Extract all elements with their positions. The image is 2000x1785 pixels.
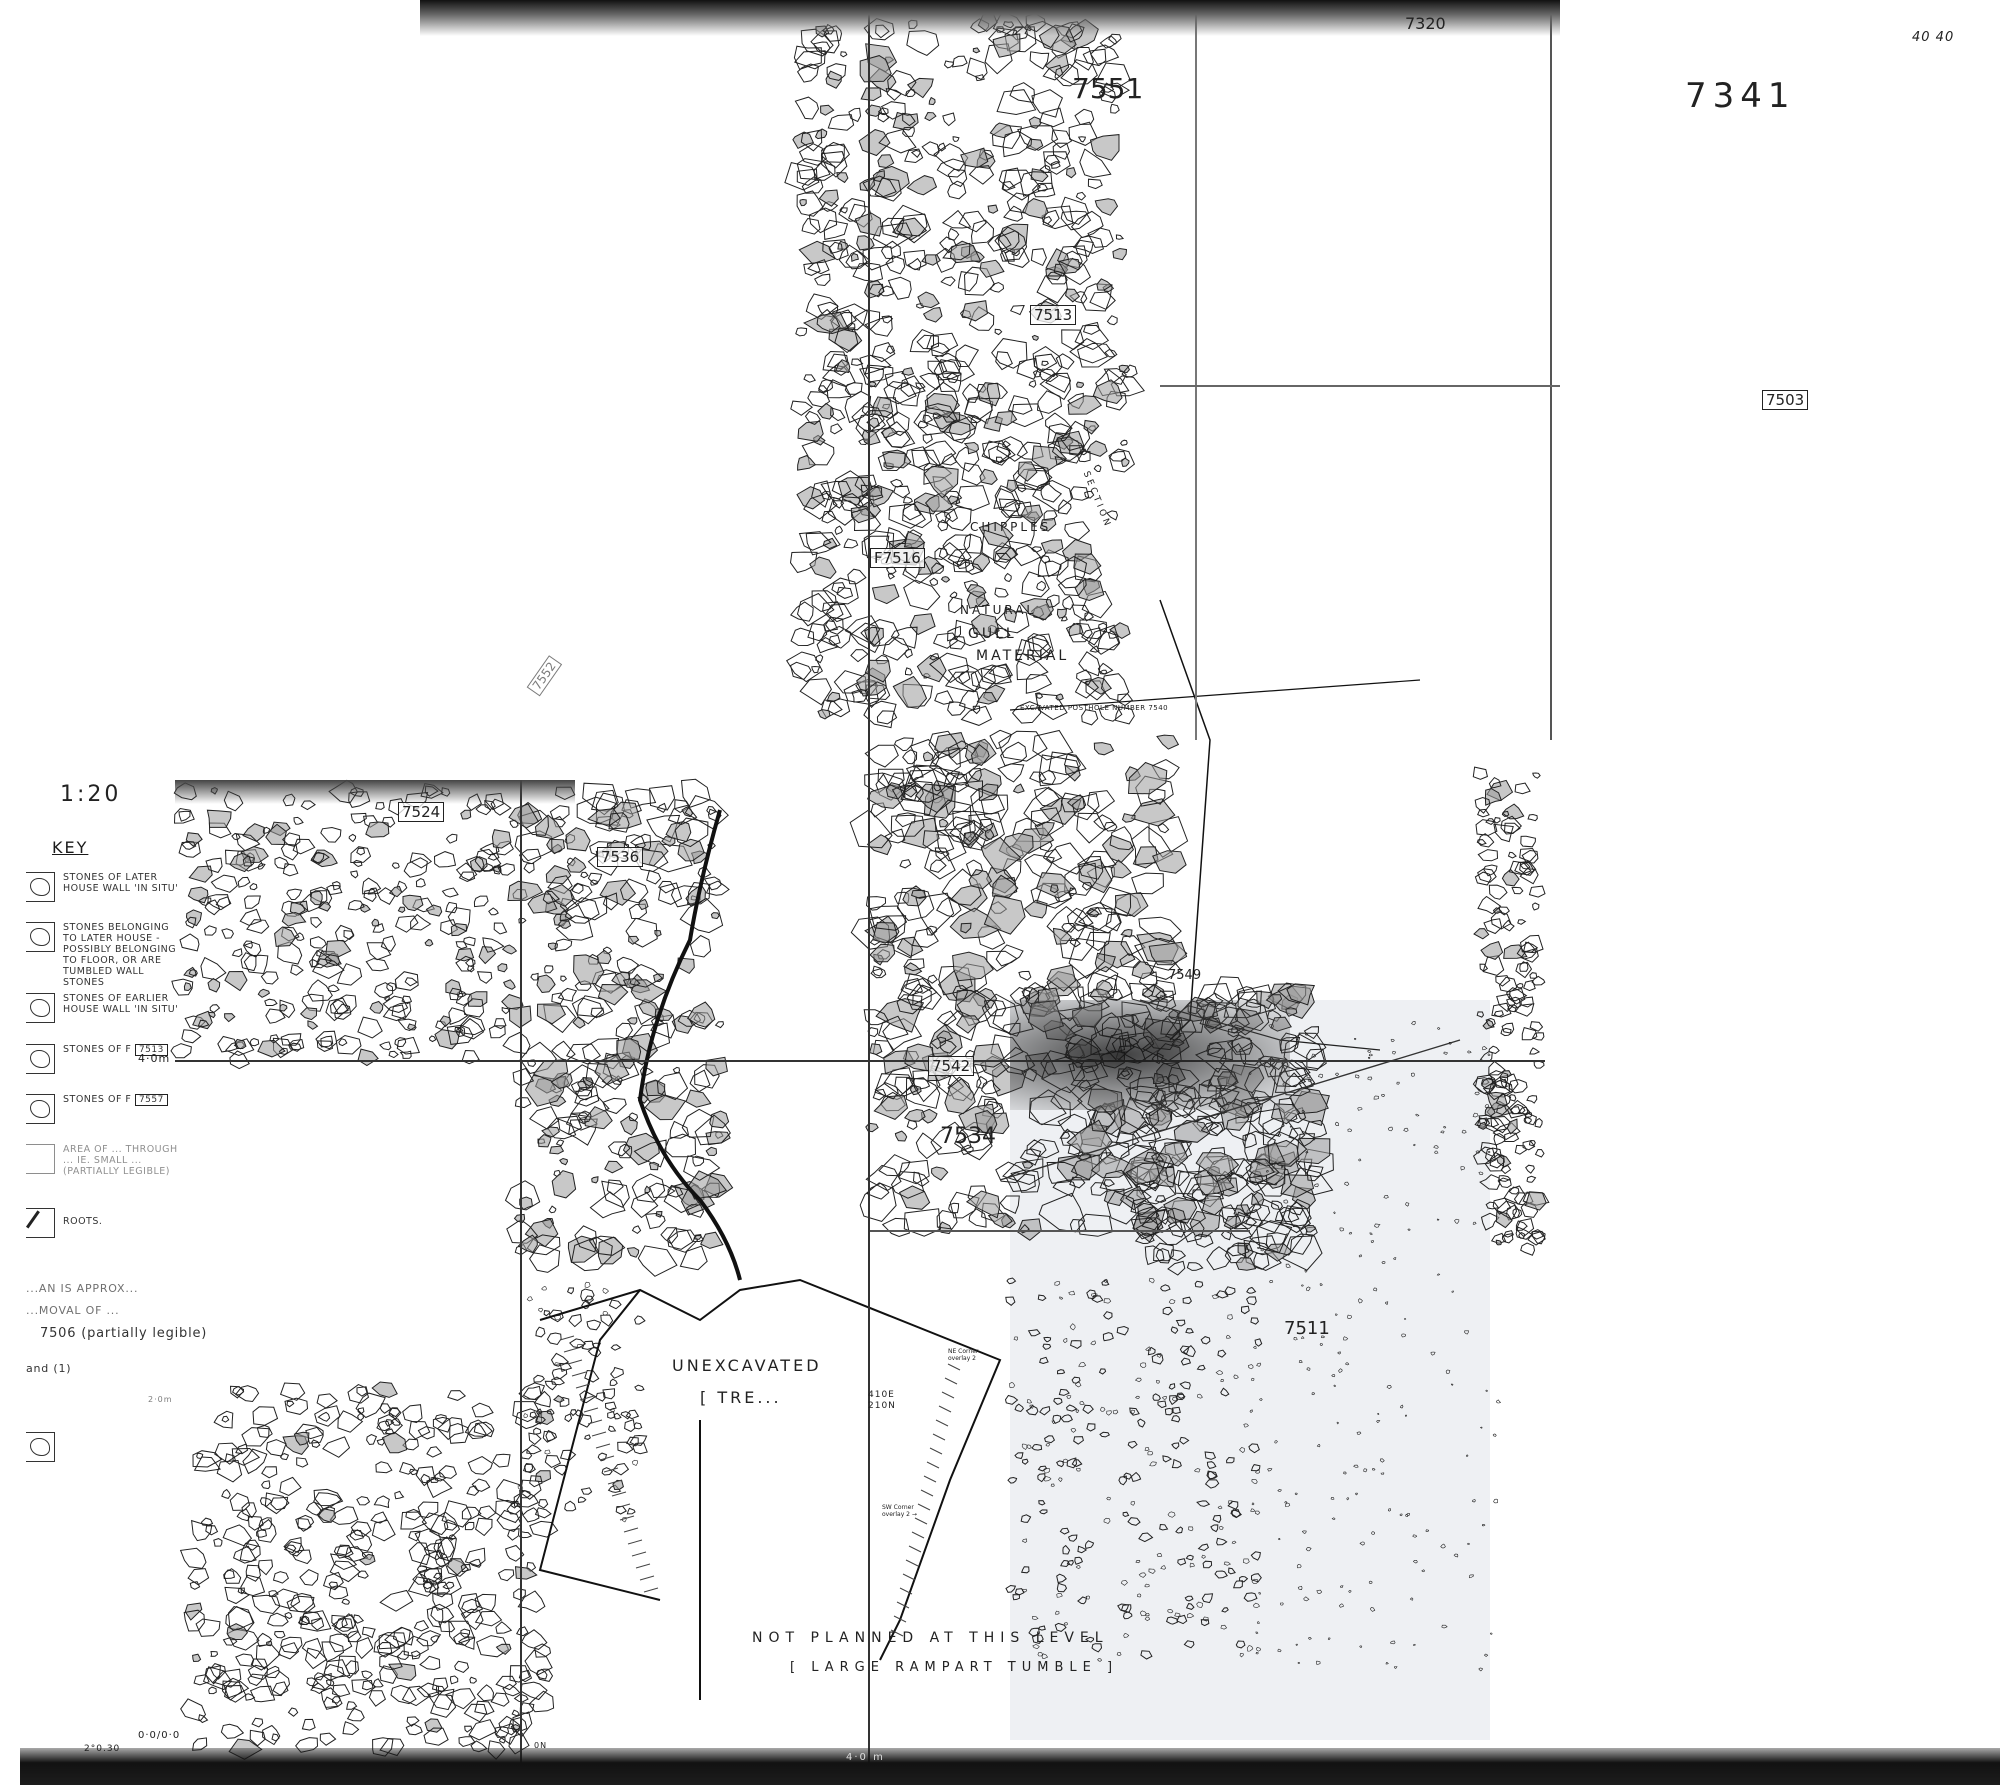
scan-edge-top (420, 0, 1560, 36)
stone-outline-icon (26, 1094, 55, 1124)
key-title: KEY (52, 838, 88, 857)
annotation-ne-corner: NE Corner overlay 2 (948, 1348, 988, 1362)
context-label: 7524 (398, 802, 444, 822)
key-note: and (1) (26, 1362, 71, 1375)
annotation-not-planned: NOT PLANNED AT THIS LEVEL (752, 1630, 1109, 1646)
context-label: F7516 (870, 548, 925, 568)
origin-reference: 2°0.30 (84, 1744, 120, 1754)
annotation-chipples: CHIPPLES (970, 520, 1051, 534)
origin-label: 0·0/0·0 (138, 1730, 180, 1741)
scan-edge-bottom (20, 1748, 2000, 1785)
annotation-posthole: EXCAVATED POSTHOLE NUMBER 7540 (1020, 704, 1168, 712)
scan-edge-mid (175, 780, 575, 804)
grid-line (520, 780, 522, 1770)
grid-line (870, 1230, 1250, 1232)
annotation-gull: GULL (968, 626, 1017, 642)
dark-shadow-region (1010, 1000, 1290, 1110)
site-plan-drawing (0, 0, 2000, 1785)
grid-ref-northing: 210N (868, 1401, 896, 1411)
key-item: Stones of later house wall 'in situ' (26, 872, 183, 902)
context-label: 7534 (940, 1124, 996, 1149)
context-label: 7542 (928, 1056, 974, 1076)
context-label: 7503 (1762, 390, 1808, 410)
grid-line (175, 1060, 1545, 1062)
level-2m-label: 2·0m (148, 1395, 173, 1404)
key-item: Stones of earlier house wall 'in situ' (26, 993, 183, 1023)
scale-4m-left: 4·0m (138, 1052, 170, 1065)
annotation-trench: [ TRE... (700, 1388, 782, 1407)
annotation-unexcavated: UNEXCAVATED (672, 1356, 822, 1375)
context-label: 7511 (1284, 1318, 1330, 1339)
stone-outline-icon (26, 922, 55, 952)
key-note: 7506 (partially legible) (40, 1326, 207, 1341)
context-label: 7549 (1168, 968, 1201, 983)
annotation-material: MATERIAL (976, 648, 1069, 664)
key-note: ...AN IS APPROX... (26, 1282, 138, 1295)
blank-area-icon (26, 1144, 55, 1174)
key-item (26, 1432, 63, 1462)
key-item: Stones belonging to later house - possib… (26, 922, 183, 988)
context-label: 7320 (1405, 14, 1446, 33)
sheet-number: 7341 (1685, 76, 1796, 116)
annotation-rampart-tumble: [ LARGE RAMPART TUMBLE ] (790, 1660, 1118, 1675)
grid-line (868, 0, 870, 1770)
annotation-sw-corner: SW Corner overlay 2 → (882, 1504, 932, 1518)
key-item: Roots. (26, 1208, 183, 1238)
roots-icon (26, 1208, 55, 1238)
scale-4m-bottom: 4·0 m (846, 1752, 885, 1763)
context-label: 7536 (597, 847, 643, 867)
context-label: 7551 (1072, 72, 1143, 105)
stone-outline-icon (26, 872, 55, 902)
grid-line (1195, 0, 1197, 740)
key-item: Area of ... through ... ie. small ... (p… (26, 1144, 183, 1177)
key-note: ...MOVAL OF ... (26, 1304, 119, 1317)
grid-line (1160, 385, 1560, 387)
stone-outline-icon (26, 993, 55, 1023)
context-label: 7513 (1030, 305, 1076, 325)
grid-0n-label: 0N (534, 1741, 547, 1750)
grid-line (1550, 0, 1552, 740)
stone-outline-icon (26, 1044, 55, 1074)
corner-reference: 40 40 (1912, 30, 1954, 45)
key-item: Stones of F 7557 (26, 1094, 183, 1124)
annotation-natural: NATURAL (960, 603, 1036, 617)
scale-label: 1:20 (60, 782, 121, 807)
grid-ref-easting: 410E (868, 1390, 895, 1400)
stone-outline-icon (26, 1432, 55, 1462)
